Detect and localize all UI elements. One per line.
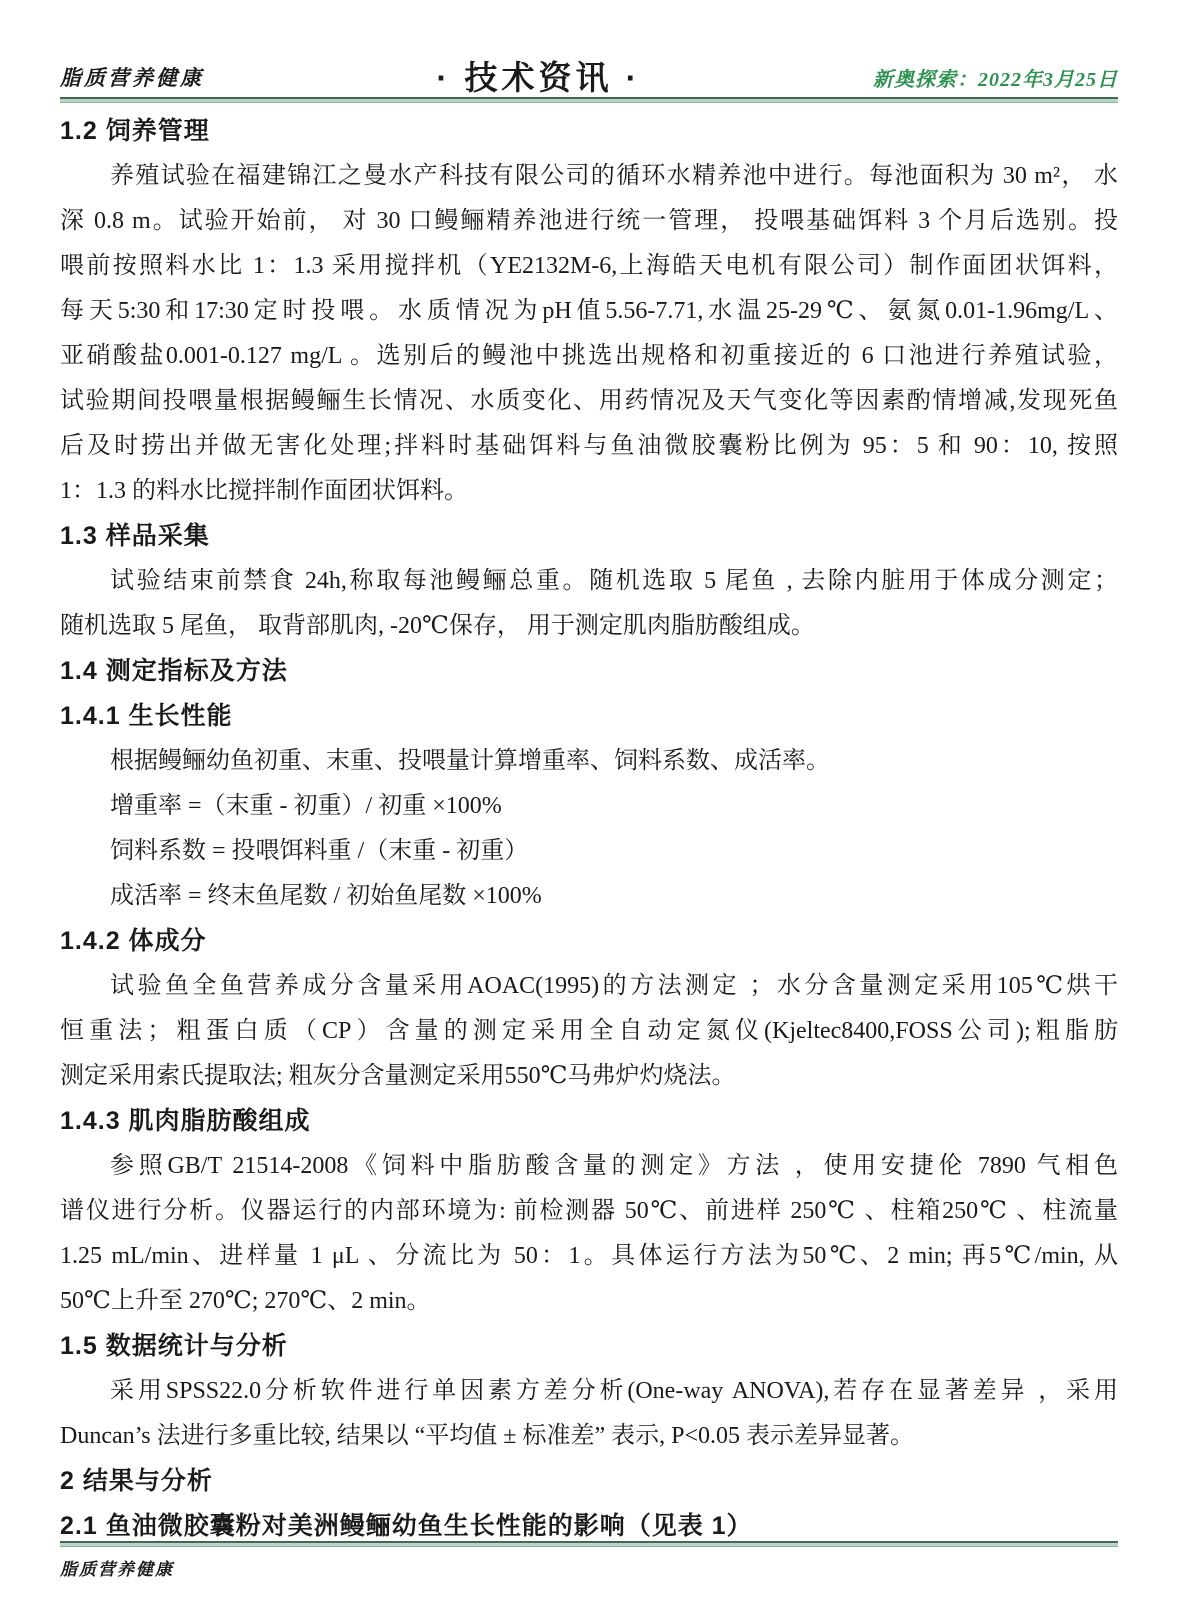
- section-heading: 1.4 测定指标及方法: [60, 649, 1118, 694]
- footer-divider: [60, 1541, 1118, 1547]
- text-line: 试验期间投喂量根据鳗鲡生长情况、水质变化、用药情况及天气变化等因素酌情增减,发现…: [60, 379, 1118, 424]
- text-line: 试验结束前禁食 24h,称取每池鳗鲡总重。随机选取 5 尾鱼 , 去除内脏用于体…: [60, 559, 1118, 604]
- text-line: 养殖试验在福建锦江之曼水产科技有限公司的循环水精养池中进行。每池面积为 30 m…: [60, 154, 1118, 199]
- text-line: Duncan’s 法进行多重比较, 结果以 “平均值 ± 标准差” 表示, P<…: [60, 1414, 1118, 1459]
- text-line: 50℃上升至 270℃; 270℃、2 min。: [60, 1279, 1118, 1324]
- section-heading: 1.4.3 肌肉脂肪酸组成: [60, 1099, 1118, 1144]
- section-heading: 1.3 样品采集: [60, 514, 1118, 559]
- footer-journal-label: 脂质营养健康: [60, 1555, 1118, 1580]
- section-heading: 1.4.1 生长性能: [60, 694, 1118, 739]
- section-heading: 1.2 饲养管理: [60, 109, 1118, 154]
- page-header: 脂质营养健康 · 技术资讯 · 新奥探索：2022年3月25日: [60, 0, 1118, 92]
- section-heading: 1.5 数据统计与分析: [60, 1324, 1118, 1369]
- text-line: 饲料系数 = 投喂饵料重 /（末重 - 初重）: [60, 829, 1118, 874]
- section-heading: 1.4.2 体成分: [60, 919, 1118, 964]
- page-footer: 脂质营养健康: [60, 1541, 1118, 1580]
- text-line: 亚硝酸盐0.001-0.127 mg/L 。选别后的鳗池中挑选出规格和初重接近的…: [60, 334, 1118, 379]
- text-line: 测定采用索氏提取法; 粗灰分含量测定采用550℃马弗炉灼烧法。: [60, 1054, 1118, 1099]
- text-line: 成活率 = 终末鱼尾数 / 初始鱼尾数 ×100%: [60, 874, 1118, 919]
- section-heading: 2 结果与分析: [60, 1459, 1118, 1504]
- text-line: 后及时捞出并做无害化处理;拌料时基础饵料与鱼油微胶囊粉比例为 95：5 和 90…: [60, 424, 1118, 469]
- text-line: 根据鳗鲡幼鱼初重、末重、投喂量计算增重率、饲料系数、成活率。: [60, 739, 1118, 784]
- journal-name-label: 脂质营养健康: [60, 62, 204, 92]
- text-line: 每天5:30和17:30定时投喂。水质情况为pH值5.56-7.71,水温25-…: [60, 289, 1118, 334]
- text-line: 喂前按照料水比 1：1.3 采用搅拌机（YE2132M-6,上海皓天电机有限公司…: [60, 244, 1118, 289]
- text-line: 随机选取 5 尾鱼， 取背部肌肉, -20℃保存， 用于测定肌肉脂肪酸组成。: [60, 604, 1118, 649]
- text-line: 1：1.3 的料水比搅拌制作面团状饵料。: [60, 469, 1118, 514]
- text-line: 采用SPSS22.0分析软件进行单因素方差分析(One-way ANOVA),若…: [60, 1369, 1118, 1414]
- text-line: 参照GB/T 21514-2008《饲料中脂肪酸含量的测定》方法 ，使用安捷伦 …: [60, 1144, 1118, 1189]
- header-divider: [60, 97, 1118, 103]
- page-title: · 技术资讯 ·: [436, 61, 640, 94]
- header-date-label: 新奥探索：2022年3月25日: [873, 63, 1118, 92]
- text-line: 增重率 =（末重 - 初重）/ 初重 ×100%: [60, 784, 1118, 829]
- text-line: 谱仪进行分析。仪器运行的内部环境为: 前检测器 50℃、前进样 250℃ 、柱箱…: [60, 1189, 1118, 1234]
- text-line: 试验鱼全鱼营养成分含量采用AOAC(1995)的方法测定 ；水分含量测定采用10…: [60, 964, 1118, 1009]
- document-body: 1.2 饲养管理养殖试验在福建锦江之曼水产科技有限公司的循环水精养池中进行。每池…: [60, 109, 1118, 1549]
- text-line: 1.25 mL/min、进样量 1 μL 、分流比为 50：1。具体运行方法为5…: [60, 1234, 1118, 1279]
- document-page: 脂质营养健康 · 技术资讯 · 新奥探索：2022年3月25日 1.2 饲养管理…: [0, 0, 1178, 1600]
- text-line: 深 0.8 m。试验开始前， 对 30 口鳗鲡精养池进行统一管理， 投喂基础饵料…: [60, 199, 1118, 244]
- text-line: 恒重法；粗蛋白质（CP）含量的测定采用全自动定氮仪(Kjeltec8400,FO…: [60, 1009, 1118, 1054]
